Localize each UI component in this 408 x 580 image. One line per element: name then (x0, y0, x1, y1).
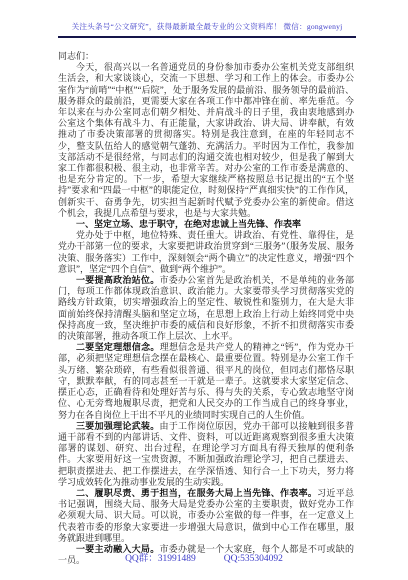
document-page: 关注头条号“公文研究”，获得最新最全最专业的公文资料库！ 微信：gongweny… (0, 0, 408, 580)
qq-number: QQ:535304092 (224, 554, 283, 564)
paragraph: 三要加强理论武装。由于工作岗位原因，党办干部可以接触到很多普通干部看不到的内部讲… (58, 421, 354, 488)
paragraph-lead: 三要加强理论武装。 (76, 421, 159, 431)
paragraph-text: 今天，很高兴以一名普通党员的身份参加市委办公室机关党支部组织生活会，和大家谈谈心… (58, 62, 354, 218)
paragraph: 一要提高政治站位。市委办公室首先是政治机关，不是单纯的业务部门，每项工作都体现政… (58, 275, 354, 342)
paragraph-text: 理想信念是共产党人的精神之“钙”，作为党办干部，必须把坚定理想信念摆在最核心、最… (58, 342, 354, 419)
paragraph-list: 今天，很高兴以一名普通党员的身份参加市委办公室机关党支部组织生活会，和大家谈谈心… (58, 62, 354, 566)
paragraph: 今天，很高兴以一名普通党员的身份参加市委办公室机关党支部组织生活会，和大家谈谈心… (58, 62, 354, 219)
paragraph-lead: 一要提高政治站位。 (76, 275, 159, 285)
section-heading: 一、坚定立场、忠于职守，在绝对忠诚上当先锋、作表率 (58, 219, 354, 230)
paragraph-text: 党办处于中枢，地位特殊、责任重大。讲政治、有党性、靠得住，是党办干部第一位的要求… (58, 230, 354, 274)
page-footer: QQ群：31991489QQ:535304092 (0, 550, 408, 564)
header-banner: 关注头条号“公文研究”，获得最新最全最专业的公文资料库！ 微信：gongweny… (58, 21, 356, 38)
paragraph-lead: 二、履职尽责、勇于担当，在服务大局上当先锋、作表率。 (76, 488, 317, 498)
header-banner-text: 关注头条号“公文研究”，获得最新最全最专业的公文资料库！ 微信：gongweny… (72, 22, 343, 31)
paragraph: 二要坚定理想信念。理想信念是共产党人的精神之“钙”，作为党办干部，必须把坚定理想… (58, 342, 354, 420)
paragraph: 二、履职尽责、勇于担当，在服务大局上当先锋、作表率。习近平总书记强调，围绕大局、… (58, 488, 354, 544)
document-body: 同志们： 今天，很高兴以一名普通党员的身份参加市委办公室机关党支部组织生活会，和… (58, 51, 354, 566)
paragraph: 党办处于中枢，地位特殊、责任重大。讲政治、有党性、靠得住，是党办干部第一位的要求… (58, 230, 354, 275)
salutation: 同志们： (58, 51, 354, 62)
paragraph-lead: 二要坚定理想信念。 (76, 342, 160, 352)
paragraph-lead: 一、坚定立场、忠于职守，在绝对忠诚上当先锋、作表率 (76, 219, 301, 229)
qq-group-number: QQ群：31991489 (125, 554, 196, 564)
